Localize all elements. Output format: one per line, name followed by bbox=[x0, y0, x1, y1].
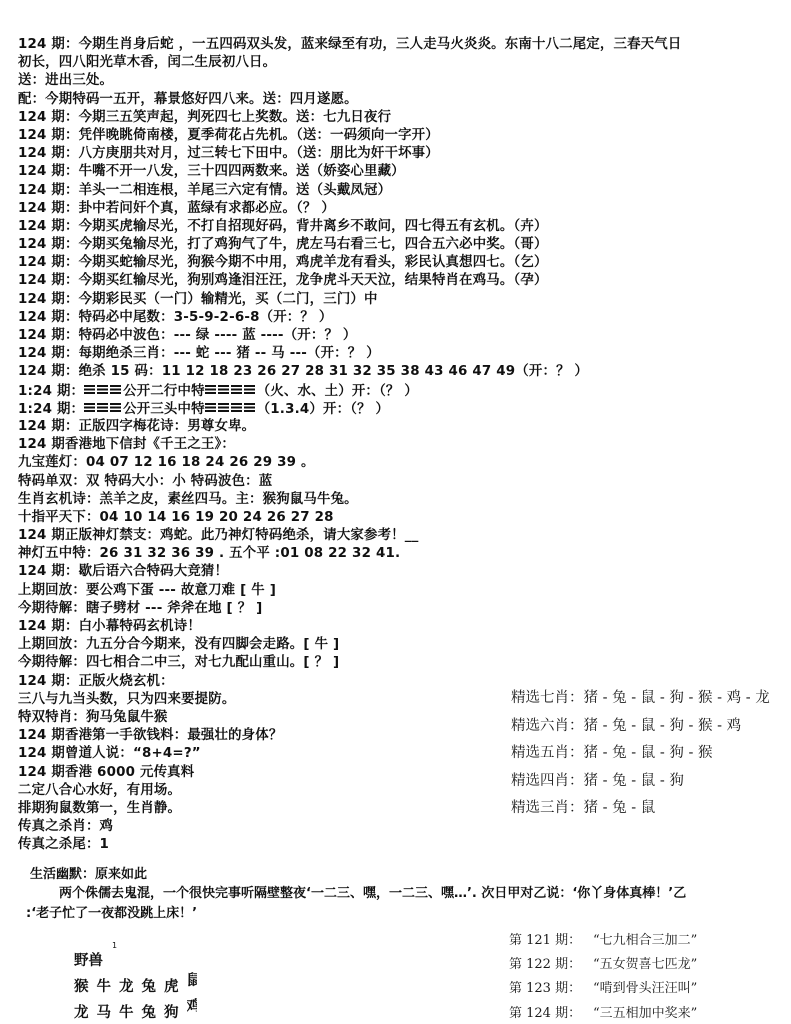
line-mid: 公开二行中特 bbox=[123, 384, 205, 399]
animal-cell: 牛 bbox=[97, 977, 120, 997]
bar-glyph-icon bbox=[84, 400, 123, 418]
text-line: 124 期：羊头一二相连根，羊尾三六定有情。送（头戴凤冠） bbox=[18, 182, 788, 200]
animal-cell: 狗 bbox=[164, 1003, 187, 1023]
text-line: 送：进出三处。 bbox=[18, 72, 788, 90]
selection-item: 精选三肖：猪 - 兔 - 鼠 bbox=[511, 795, 770, 823]
selection-item: 精选五肖：猪 - 兔 - 鼠 - 狗 - 猴 bbox=[511, 740, 770, 768]
bar-line-two-rows: 1:24 期：公开二行中特（火、水、土）开：（？ ） bbox=[18, 382, 788, 400]
text-line: 124 期：今期生肖身后蛇 ，一五四码双头发，蓝来绿至有功，三人走马火炎炎。东南… bbox=[18, 36, 788, 54]
selection-label: 精选四肖： bbox=[511, 773, 584, 789]
text-line: 今期待解：四七相合二中三，对七九配山重山。[ ？ ] bbox=[18, 654, 788, 672]
animal-cell: 虎 bbox=[164, 977, 187, 997]
text-line: 124 期正版神灯禁支：鸡蛇。此乃神灯特码绝杀，请大家参考！__ bbox=[18, 527, 788, 545]
animal-grid: 1 野兽 猴牛龙兔虎鼠 龙马牛兔狗鸡 bbox=[74, 941, 197, 1023]
selection-value: 猪 - 兔 - 鼠 bbox=[584, 800, 656, 816]
humor-section: 生活幽默：原来如此 两个侏儒去鬼混，一个很快完事听隔壁整夜‘一二三、嘿，一二三、… bbox=[26, 866, 791, 924]
text-line: 124 期：八方庚朋共对月，过三转七下田中。（送：朋比为奸干坏事） bbox=[18, 145, 788, 163]
text-line: 神灯五中特：26 31 32 36 39 . 五个平 :01 08 22 32 … bbox=[18, 545, 788, 563]
text-line: 124 期：歇后语六合特码大竞猜！ bbox=[18, 563, 788, 581]
text-line: 今期待解：瞎子劈材 --- 斧斧在地 [ ？ ] bbox=[18, 600, 788, 618]
selection-label: 精选三肖： bbox=[511, 800, 584, 816]
text-line: 124 期：今期彩民买（一门）输精光，买（二门，三门）中 bbox=[18, 291, 788, 309]
text-line: 124 期：今期买蛇输尽光，狗猴今期不中用，鸡虎羊龙有看头，彩民认真想四七。（乞… bbox=[18, 254, 788, 272]
line-suffix: （1.3.4）开：（？ ） bbox=[257, 402, 389, 417]
line-prefix: 1:24 期： bbox=[18, 384, 84, 399]
text-line: 124 期：今期买红输尽光，狗别鸡逢泪汪汪，龙争虎斗天天泣，结果特肖在鸡马。（孕… bbox=[18, 272, 788, 290]
period-label: 第 122 期： bbox=[509, 953, 593, 977]
line-mid: 公开三头中特 bbox=[123, 402, 205, 417]
animal-cell: 鼠 bbox=[187, 971, 197, 991]
text-line: 十指平天下：04 10 14 16 19 20 24 26 27 28 bbox=[18, 509, 788, 527]
selection-value: 猪 - 兔 - 鼠 - 狗 - 猴 - 鸡 bbox=[584, 718, 742, 734]
selection-value: 猪 - 兔 - 鼠 - 狗 - 猴 bbox=[584, 745, 713, 761]
text-line: 124 期：今期买虎输尽光，不打自招现好码，背井离乡不敢问，四七得五有玄机。（卉… bbox=[18, 218, 788, 236]
bar-line-three-heads: 1:24 期：公开三头中特（1.3.4）开：（？ ） bbox=[18, 400, 788, 418]
text-line: 上期回放：要公鸡下蛋 --- 故意刀难 [ 牛 ] bbox=[18, 582, 788, 600]
text-line: 124 期香港地下信封《千王之王》： bbox=[18, 436, 788, 454]
text-line: 124 期：绝杀 15 码：11 12 18 23 26 27 28 31 32… bbox=[18, 363, 788, 381]
period-value: “七九相合三加二” bbox=[593, 933, 697, 948]
selection-value: 猪 - 兔 - 鼠 - 狗 - 猴 - 鸡 - 龙 bbox=[584, 690, 770, 706]
humor-body: 两个侏儒去鬼混，一个很快完事听隔壁整夜‘一二三、嘿，一二三、嘿…’. 次日甲对乙… bbox=[59, 884, 791, 904]
selection-label: 精选五肖： bbox=[511, 745, 584, 761]
bar-glyph-icon bbox=[205, 400, 257, 418]
selection-item: 精选四肖：猪 - 兔 - 鼠 - 狗 bbox=[511, 768, 770, 796]
period-value: “五女贺喜七匹龙” bbox=[593, 957, 697, 972]
text-line: 124 期：特码必中尾数：3-5-9-2-6-8（开：？ ） bbox=[18, 309, 788, 327]
period-label: 第 121 期： bbox=[509, 929, 593, 953]
animal-heading: 野兽 bbox=[74, 951, 197, 971]
line-prefix: 1:24 期： bbox=[18, 402, 84, 417]
selection-label: 精选六肖： bbox=[511, 718, 584, 734]
text-line: 124 期：今期买兔输尽光，打了鸡狗气了牛，虎左马右看三七，四合五六必中奖。（哥… bbox=[18, 236, 788, 254]
text-line: 初长，四八阳光草木香，闰二生辰初八日。 bbox=[18, 54, 788, 72]
text-line: 124 期：牛嘴不开一八发，三十四四两数来。送（娇姿心里藏） bbox=[18, 163, 788, 181]
humor-body-continued: :‘老子忙了一夜都没跳上床！’ bbox=[26, 904, 791, 924]
period-item: 第 124 期：“三五相加中奖来” bbox=[509, 1002, 697, 1024]
animal-cell: 龙 bbox=[74, 1003, 97, 1023]
bar-glyph-icon bbox=[84, 382, 123, 400]
text-line: 生肖玄机诗：羔羊之皮，素丝四马。主：猴狗鼠马牛兔。 bbox=[18, 491, 788, 509]
selection-label: 精选七肖： bbox=[511, 690, 584, 706]
period-value: “啃到骨头汪汪叫” bbox=[593, 981, 697, 996]
period-item: 第 121 期：“七九相合三加二” bbox=[509, 929, 697, 953]
period-item: 第 123 期：“啃到骨头汪汪叫” bbox=[509, 977, 697, 1001]
animal-cell: 兔 bbox=[142, 1003, 165, 1023]
text-line: 124 期：白小幕特码玄机诗！ bbox=[18, 618, 788, 636]
period-label: 第 124 期： bbox=[509, 1002, 593, 1024]
animal-cell: 牛 bbox=[119, 1003, 142, 1023]
animal-row: 龙马牛兔狗鸡 bbox=[74, 997, 197, 1023]
zodiac-selection-list: 精选七肖：猪 - 兔 - 鼠 - 狗 - 猴 - 鸡 - 龙 精选六肖：猪 - … bbox=[511, 685, 770, 823]
bar-glyph-icon bbox=[205, 382, 257, 400]
lottery-document-page: 124 期：今期生肖身后蛇 ，一五四码双头发，蓝来绿至有功，三人走马火炎炎。东南… bbox=[0, 0, 791, 1024]
text-line: 传真之杀尾：1 bbox=[18, 836, 788, 854]
text-line: 124 期：每期绝杀三肖：--- 蛇 --- 猪 -- 马 ---（开：？ ） bbox=[18, 345, 788, 363]
animal-cell: 龙 bbox=[119, 977, 142, 997]
period-riddle-list: 第 121 期：“七九相合三加二” 第 122 期：“五女贺喜七匹龙” 第 12… bbox=[509, 929, 697, 1024]
animal-cell: 鸡 bbox=[187, 997, 197, 1017]
text-line: 配：今期特码一五开，幕景悠好四八来。送：四月遂愿。 bbox=[18, 91, 788, 109]
animal-cell: 兔 bbox=[142, 977, 165, 997]
humor-title: 生活幽默：原来如此 bbox=[30, 866, 791, 884]
marker-text: 1 bbox=[112, 941, 117, 950]
text-line: 124 期：卦中若问奸个真，蓝绿有求都必应。（？ ） bbox=[18, 200, 788, 218]
period-value: “三五相加中奖来” bbox=[593, 1006, 697, 1021]
text-line: 特码单双：双 特码大小：小 特码波色：蓝 bbox=[18, 473, 788, 491]
selection-value: 猪 - 兔 - 鼠 - 狗 bbox=[584, 773, 684, 789]
animal-cell: 马 bbox=[97, 1003, 120, 1023]
animal-row: 猴牛龙兔虎鼠 bbox=[74, 971, 197, 997]
period-item: 第 122 期：“五女贺喜七匹龙” bbox=[509, 953, 697, 977]
animal-cell: 猴 bbox=[74, 977, 97, 997]
text-line: 九宝莲灯：04 07 12 16 18 24 26 29 39 。 bbox=[18, 454, 788, 472]
text-line: 124 期：今期三五笑声起，判死四七上奖数。送：七九日夜行 bbox=[18, 109, 788, 127]
text-line: 124 期：凭伴晚眺倚南楼，夏季荷花占先机。（送：一码须向一字开） bbox=[18, 127, 788, 145]
text-line: 124 期：特码必中波色：--- 绿 ---- 蓝 ----（开：？ ） bbox=[18, 327, 788, 345]
selection-item: 精选六肖：猪 - 兔 - 鼠 - 狗 - 猴 - 鸡 bbox=[511, 713, 770, 741]
selection-item: 精选七肖：猪 - 兔 - 鼠 - 狗 - 猴 - 鸡 - 龙 bbox=[511, 685, 770, 713]
text-line: 上期回放：九五分合今期来，没有四脚会走路。[ 牛 ] bbox=[18, 636, 788, 654]
period-label: 第 123 期： bbox=[509, 977, 593, 1001]
text-line: 124 期：正版四字梅花诗：男尊女卑。 bbox=[18, 418, 788, 436]
line-suffix: （火、水、土）开：（？ ） bbox=[257, 384, 418, 399]
